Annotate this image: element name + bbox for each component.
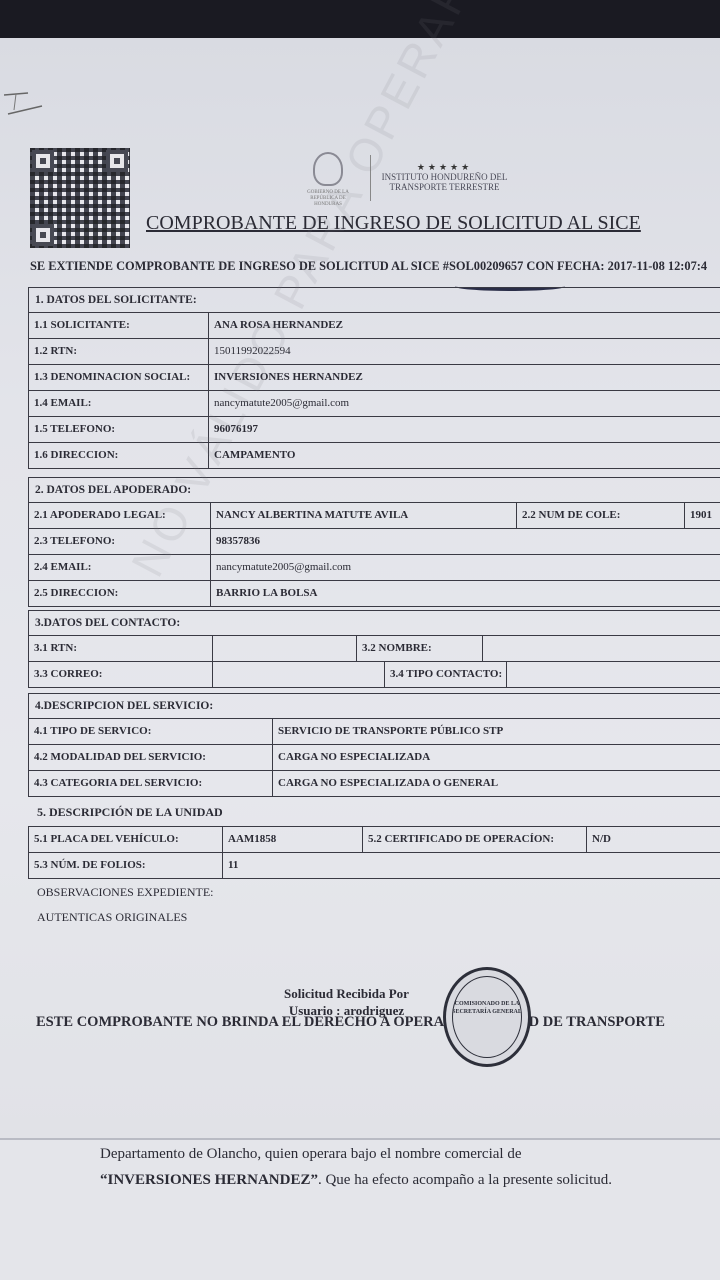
observations-label: OBSERVACIONES EXPEDIENTE: [37,885,214,900]
field-label: 4.3 CATEGORIA DEL SERVICIO: [29,771,273,796]
field-value: 11 [223,853,720,878]
pen-mark [4,90,44,120]
field-label: 3.3 CORREO: [29,662,213,687]
table-row: 4.2 MODALIDAD DEL SERVICIO: CARGA NO ESP… [29,745,720,771]
field-value: CARGA NO ESPECIALIZADA O GENERAL [273,771,720,796]
section-applicant: 1. DATOS DEL SOLICITANTE: 1.1 SOLICITANT… [28,287,720,469]
field-value: BARRIO LA BOLSA [211,581,720,606]
field-value: 1901 [685,503,720,528]
field-value [213,662,385,687]
field-label: 2.1 APODERADO LEGAL: [29,503,211,528]
table-row: 1.1 SOLICITANTE: ANA ROSA HERNANDEZ [29,313,720,339]
table-row: 4.3 CATEGORIA DEL SERVICIO: CARGA NO ESP… [29,771,720,796]
field-value: CARGA NO ESPECIALIZADA [273,745,720,770]
field-label: 1.4 EMAIL: [29,391,209,416]
qr-code [30,148,130,248]
table-row: 5.3 NÚM. DE FOLIOS: 11 [29,853,720,878]
official-stamp: COMISIONADO DE LA SECRETARÍA GENERAL [443,967,531,1067]
table-row: 2.1 APODERADO LEGAL: NANCY ALBERTINA MAT… [29,503,720,529]
coat-of-arms-icon [313,152,343,186]
section-attorney: 2. DATOS DEL APODERADO: 2.1 APODERADO LE… [28,477,720,607]
field-value: 96076197 [209,417,720,442]
field-value: 15011992022594 [209,339,720,364]
field-label: 2.4 EMAIL: [29,555,211,580]
table-row: 2.3 TELEFONO: 98357836 [29,529,720,555]
table-row: 1.2 RTN: 15011992022594 [29,339,720,365]
table-row: 1.6 DIRECCION: CAMPAMENTO [29,443,720,468]
field-label: 3.1 RTN: [29,636,213,661]
field-value: INVERSIONES HERNANDEZ [209,365,720,390]
table-row: 3.3 CORREO: 3.4 TIPO CONTACTO: [29,662,720,687]
field-label: 1.6 DIRECCION: [29,443,209,468]
field-label: 4.2 MODALIDAD DEL SERVICIO: [29,745,273,770]
document-title: COMPROBANTE DE INGRESO DE SOLICITUD AL S… [146,212,641,235]
table-row: 1.3 DENOMINACION SOCIAL: INVERSIONES HER… [29,365,720,391]
field-label: 1.2 RTN: [29,339,209,364]
field-value: CAMPAMENTO [209,443,720,468]
government-logo: GOBIERNO DE LA REPÚBLICA DE HONDURAS [298,152,358,202]
field-value: NANCY ALBERTINA MATUTE AVILA [211,503,517,528]
section-title: 2. DATOS DEL APODERADO: [29,478,720,503]
table-row: 2.5 DIRECCION: BARRIO LA BOLSA [29,581,720,606]
field-value: 98357836 [211,529,720,554]
field-label: 4.1 TIPO DE SERVICO: [29,719,273,744]
request-reference: SE EXTIENDE COMPROBANTE DE INGRESO DE SO… [30,259,707,274]
table-row: 1.4 EMAIL: nancymatute2005@gmail.com [29,391,720,417]
field-label: 3.4 TIPO CONTACTO: [385,662,507,687]
table-row: 1.5 TELEFONO: 96076197 [29,417,720,443]
section-contact: 3.DATOS DEL CONTACTO: 3.1 RTN: 3.2 NOMBR… [28,610,720,688]
field-label: 1.5 TELEFONO: [29,417,209,442]
section-title: 3.DATOS DEL CONTACTO: [29,611,720,636]
section-title: 1. DATOS DEL SOLICITANTE: [29,288,720,313]
section-title: 5. DESCRIPCIÓN DE LA UNIDAD [37,805,223,820]
section-title: 4.DESCRIPCION DEL SERVICIO: [29,694,720,719]
field-value: SERVICIO DE TRANSPORTE PÚBLICO STP [273,719,720,744]
logo-divider [370,155,371,201]
field-label: 3.2 NOMBRE: [357,636,483,661]
field-value: nancymatute2005@gmail.com [209,391,720,416]
next-page-line-2: “INVERSIONES HERNANDEZ”. Que ha efecto a… [100,1172,612,1189]
observations-value: AUTENTICAS ORIGINALES [37,910,187,925]
table-row: 3.1 RTN: 3.2 NOMBRE: [29,636,720,662]
field-value: ANA ROSA HERNANDEZ [209,313,720,338]
field-label: 5.2 CERTIFICADO DE OPERACÍON: [363,827,587,852]
field-label: 1.3 DENOMINACION SOCIAL: [29,365,209,390]
table-row: 5.1 PLACA DEL VEHÍCULO: AAM1858 5.2 CERT… [29,827,720,853]
table-row: 2.4 EMAIL: nancymatute2005@gmail.com [29,555,720,581]
field-label: 2.3 TELEFONO: [29,529,211,554]
field-label: 1.1 SOLICITANTE: [29,313,209,338]
field-value [483,636,720,661]
section-service: 4.DESCRIPCION DEL SERVICIO: 4.1 TIPO DE … [28,693,720,797]
notice-text: ESTE COMPROBANTE NO BRINDA EL DERECHO A … [36,1014,665,1031]
next-page-line-1: Departamento de Olancho, quien operara b… [100,1146,521,1163]
field-value [213,636,357,661]
field-label: 2.5 DIRECCION: [29,581,211,606]
field-value: nancymatute2005@gmail.com [211,555,720,580]
section-unit: 5.1 PLACA DEL VEHÍCULO: AAM1858 5.2 CERT… [28,826,720,879]
table-row: 4.1 TIPO DE SERVICO: SERVICIO DE TRANSPO… [29,719,720,745]
field-label: 5.1 PLACA DEL VEHÍCULO: [29,827,223,852]
field-value [507,662,720,687]
institute-logo: ★★★★★ INSTITUTO HONDUREÑO DEL TRANSPORTE… [372,162,517,192]
field-value: AAM1858 [223,827,363,852]
field-label: 5.3 NÚM. DE FOLIOS: [29,853,223,878]
field-label: 2.2 NUM DE COLE: [517,503,685,528]
field-value: N/D [587,827,720,852]
stars-icon: ★★★★★ [372,162,517,172]
